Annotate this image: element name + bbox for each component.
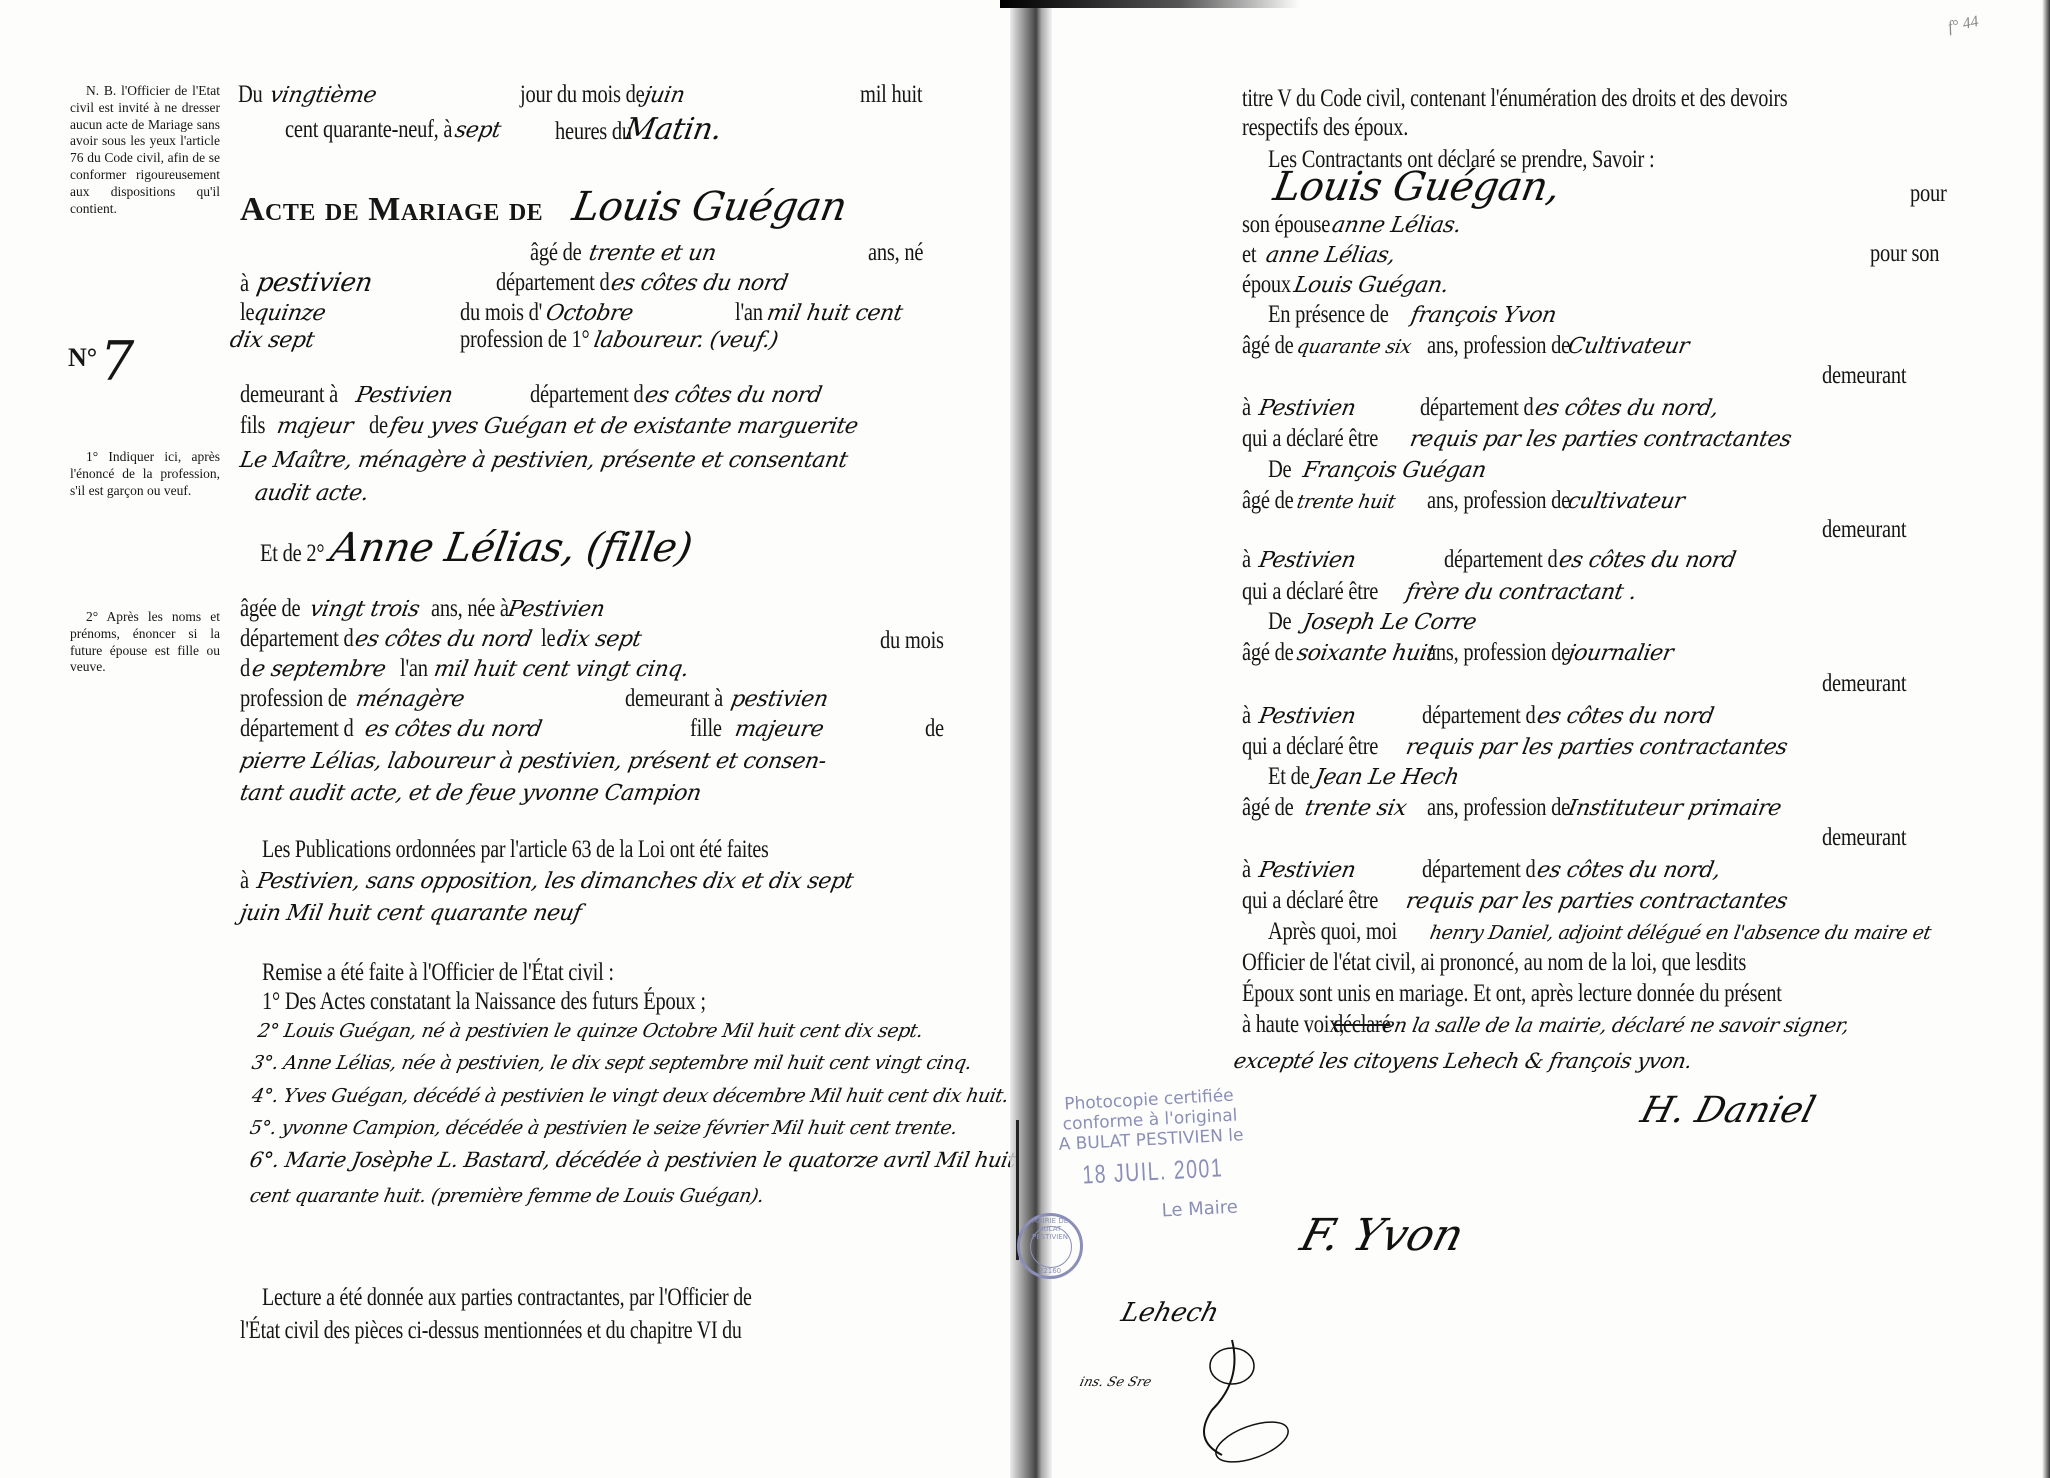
remise-item-6: 6°. Marie Josèphe L. Bastard, décédée à … [247, 1145, 1018, 1175]
bride-birth-day: dix sept [554, 625, 643, 655]
margin-note-1: 1° Indiquer ici, après l'énoncé de la pr… [70, 449, 220, 499]
groom-residence: Pestivien [353, 381, 454, 411]
witness-2-age: trente huit [1294, 487, 1397, 517]
witness-4-dept: es côtes du nord, [1534, 856, 1722, 886]
bride-parents-2: tant audit acte, et de feue yvonne Campi… [237, 779, 703, 809]
bride-name-right: anne Lélias. [1329, 211, 1463, 241]
groom-profession: laboureur. (veuf.) [592, 326, 781, 356]
intro-line-2: respectifs des époux. [1242, 113, 1408, 143]
hour-value: sept [453, 116, 504, 146]
bride-name-right-2: anne Lélias, [1263, 241, 1397, 271]
witness-3-age: soixante huit [1294, 639, 1437, 669]
stamp-date: 18 JUIL. 2001 [1082, 1152, 1224, 1190]
witness-3-name: Joseph Le Corre [1300, 608, 1478, 638]
groom-birth-dept: es côtes du nord [608, 269, 790, 299]
groom-parents-1: feu yves Guégan et de existante margueri… [387, 412, 860, 442]
bride-profession: ménagère [354, 685, 467, 715]
witness-1-declared: requis par les parties contractantes [1408, 425, 1794, 455]
witness-3-profession: journalier [1565, 639, 1675, 669]
witness-4-residence: Pestivien [1256, 856, 1357, 886]
witness-1-age: quarante six [1294, 332, 1413, 362]
left-page: N. B. l'Officier de l'Etat civil est inv… [0, 0, 1010, 1478]
witness-3-dept: es côtes du nord [1534, 702, 1716, 732]
paraph-flourish-icon [1182, 1330, 1302, 1470]
groom-name-right-2: Louis Guégan. [1291, 271, 1450, 301]
bride-residence: pestivien [728, 685, 830, 715]
witness-4-age: trente six [1302, 794, 1408, 824]
bride-age: vingt trois [307, 595, 421, 625]
groom-name-right: Louis Guégan, [1271, 172, 1562, 202]
groom-status: majeur [274, 412, 355, 442]
remise-heading: Remise a été faite à l'Officier de l'Éta… [262, 958, 614, 988]
marginal-annotation: ins. Se Sre [1078, 1375, 1153, 1390]
time-of-day-value: Matin. [622, 115, 723, 145]
record-number: 7 [100, 330, 134, 393]
signature-officer: H. Daniel [1637, 1090, 1820, 1131]
page-title: Acte de Mariage de [240, 191, 543, 228]
bride-birth-place: Pestivien [506, 595, 607, 625]
right-page: f° 44 titre V du Code civil, contenant l… [1012, 0, 2050, 1478]
margin-note-2: 2° Après les noms et prénoms, énoncer si… [70, 609, 220, 676]
witness-3-residence: Pestivien [1256, 702, 1357, 732]
witness-2-name: François Guégan [1300, 456, 1488, 486]
officer-statement: henry Daniel, adjoint délégué en l'absen… [1427, 918, 1933, 948]
witness-4-profession: Instituteur primaire [1565, 794, 1783, 824]
bride-parents-1: pierre Lélias, laboureur à pestivien, pr… [237, 747, 828, 777]
groom-birth-year-1: mil huit cent [764, 299, 904, 329]
bride-birth-month: e septembre [250, 655, 389, 685]
certification-stamp: Photocopie certifiée conforme à l'origin… [1055, 1085, 1250, 1227]
bride-status: majeure [732, 715, 825, 745]
lecture-line-2: l'État civil des pièces ci-dessus mentio… [240, 1316, 742, 1346]
remise-item-4: 4°. Yves Guégan, décédé à pestivien le v… [249, 1081, 1010, 1111]
witness-4-name: Jean Le Hech [1312, 763, 1461, 793]
groom-name: Louis Guégan [571, 192, 849, 222]
folio-mark: f° 44 [1946, 13, 1980, 37]
intro-line-1: titre V du Code civil, contenant l'énumé… [1242, 84, 1787, 114]
remise-item-3: 3°. Anne Lélias, née à pestivien, le dix… [249, 1048, 974, 1078]
date-line-2: cent quarante-neuf, à sept [285, 115, 500, 146]
groom-birth-year-2: dix sept [227, 326, 316, 356]
witness-1-residence: Pestivien [1256, 394, 1357, 424]
witness-2-declared: frère du contractant . [1404, 578, 1639, 608]
mairie-seal-icon: MAIRIE DE BULAT PESTIVIEN 22160 [1017, 1213, 1083, 1279]
margin-note-nb: N. B. l'Officier de l'Etat civil est inv… [70, 83, 220, 217]
witness-2-profession: cultivateur [1565, 487, 1686, 517]
groom-residence-dept: es côtes du nord [642, 381, 824, 411]
witness-3-declared: requis par les parties contractantes [1404, 733, 1790, 763]
groom-age: trente et un [586, 239, 718, 269]
witness-1-dept: es côtes du nord, [1532, 394, 1720, 424]
bride-residence-dept: es côtes du nord [362, 715, 544, 745]
signature-witness-yvon: F. Yvon [1295, 1210, 1469, 1261]
act-heading: Acte de Mariage de Louis Guégan [240, 192, 846, 228]
witness-2-dept: es côtes du nord [1556, 546, 1738, 576]
lecture-line-1: Lecture a été donnée aux parties contrac… [262, 1283, 752, 1313]
date-line-1: Du vingtième [238, 80, 376, 111]
witness-4-declared: requis par les parties contractantes [1404, 887, 1790, 917]
publications-place-dates: Pestivien, sans opposition, les dimanche… [254, 867, 855, 897]
groom-birth-place: pestivien [254, 268, 374, 298]
day-value: vingtième [268, 81, 379, 111]
bride-birth-dept: es côtes du nord [352, 625, 534, 655]
month-value: juin [641, 81, 686, 111]
closing-hand-2: excepté les citoyens Lehech & françois y… [1231, 1046, 1694, 1076]
record-number-label: N° [68, 343, 97, 373]
witness-2-residence: Pestivien [1256, 546, 1357, 576]
remise-item-6-cont: cent quarante huit. (première femme de L… [247, 1181, 766, 1211]
groom-parents-3: audit acte. [252, 479, 370, 509]
remise-item-5: 5°. yvonne Campion, décédée à pestivien … [247, 1113, 959, 1143]
bride-name: Anne Lélias, (fille) [328, 533, 694, 563]
witness-1-name: françois Yvon [1409, 301, 1559, 331]
closing-hand-1: en la salle de la mairie, déclaré ne sav… [1380, 1010, 1851, 1040]
witness-1-profession: Cultivateur [1565, 332, 1691, 362]
groom-parents-2: Le Maître, ménagère à pestivien, présent… [237, 446, 849, 476]
bride-birth-year: mil huit cent vingt cinq. [431, 655, 690, 685]
remise-item-2: 2° Louis Guégan, né à pestivien le quinz… [255, 1016, 925, 1046]
publications-year: juin Mil huit cent quarante neuf [237, 899, 583, 929]
signature-witness-lehech: Lehech [1118, 1298, 1222, 1328]
publications-printed: Les Publications ordonnées par l'article… [262, 835, 895, 865]
